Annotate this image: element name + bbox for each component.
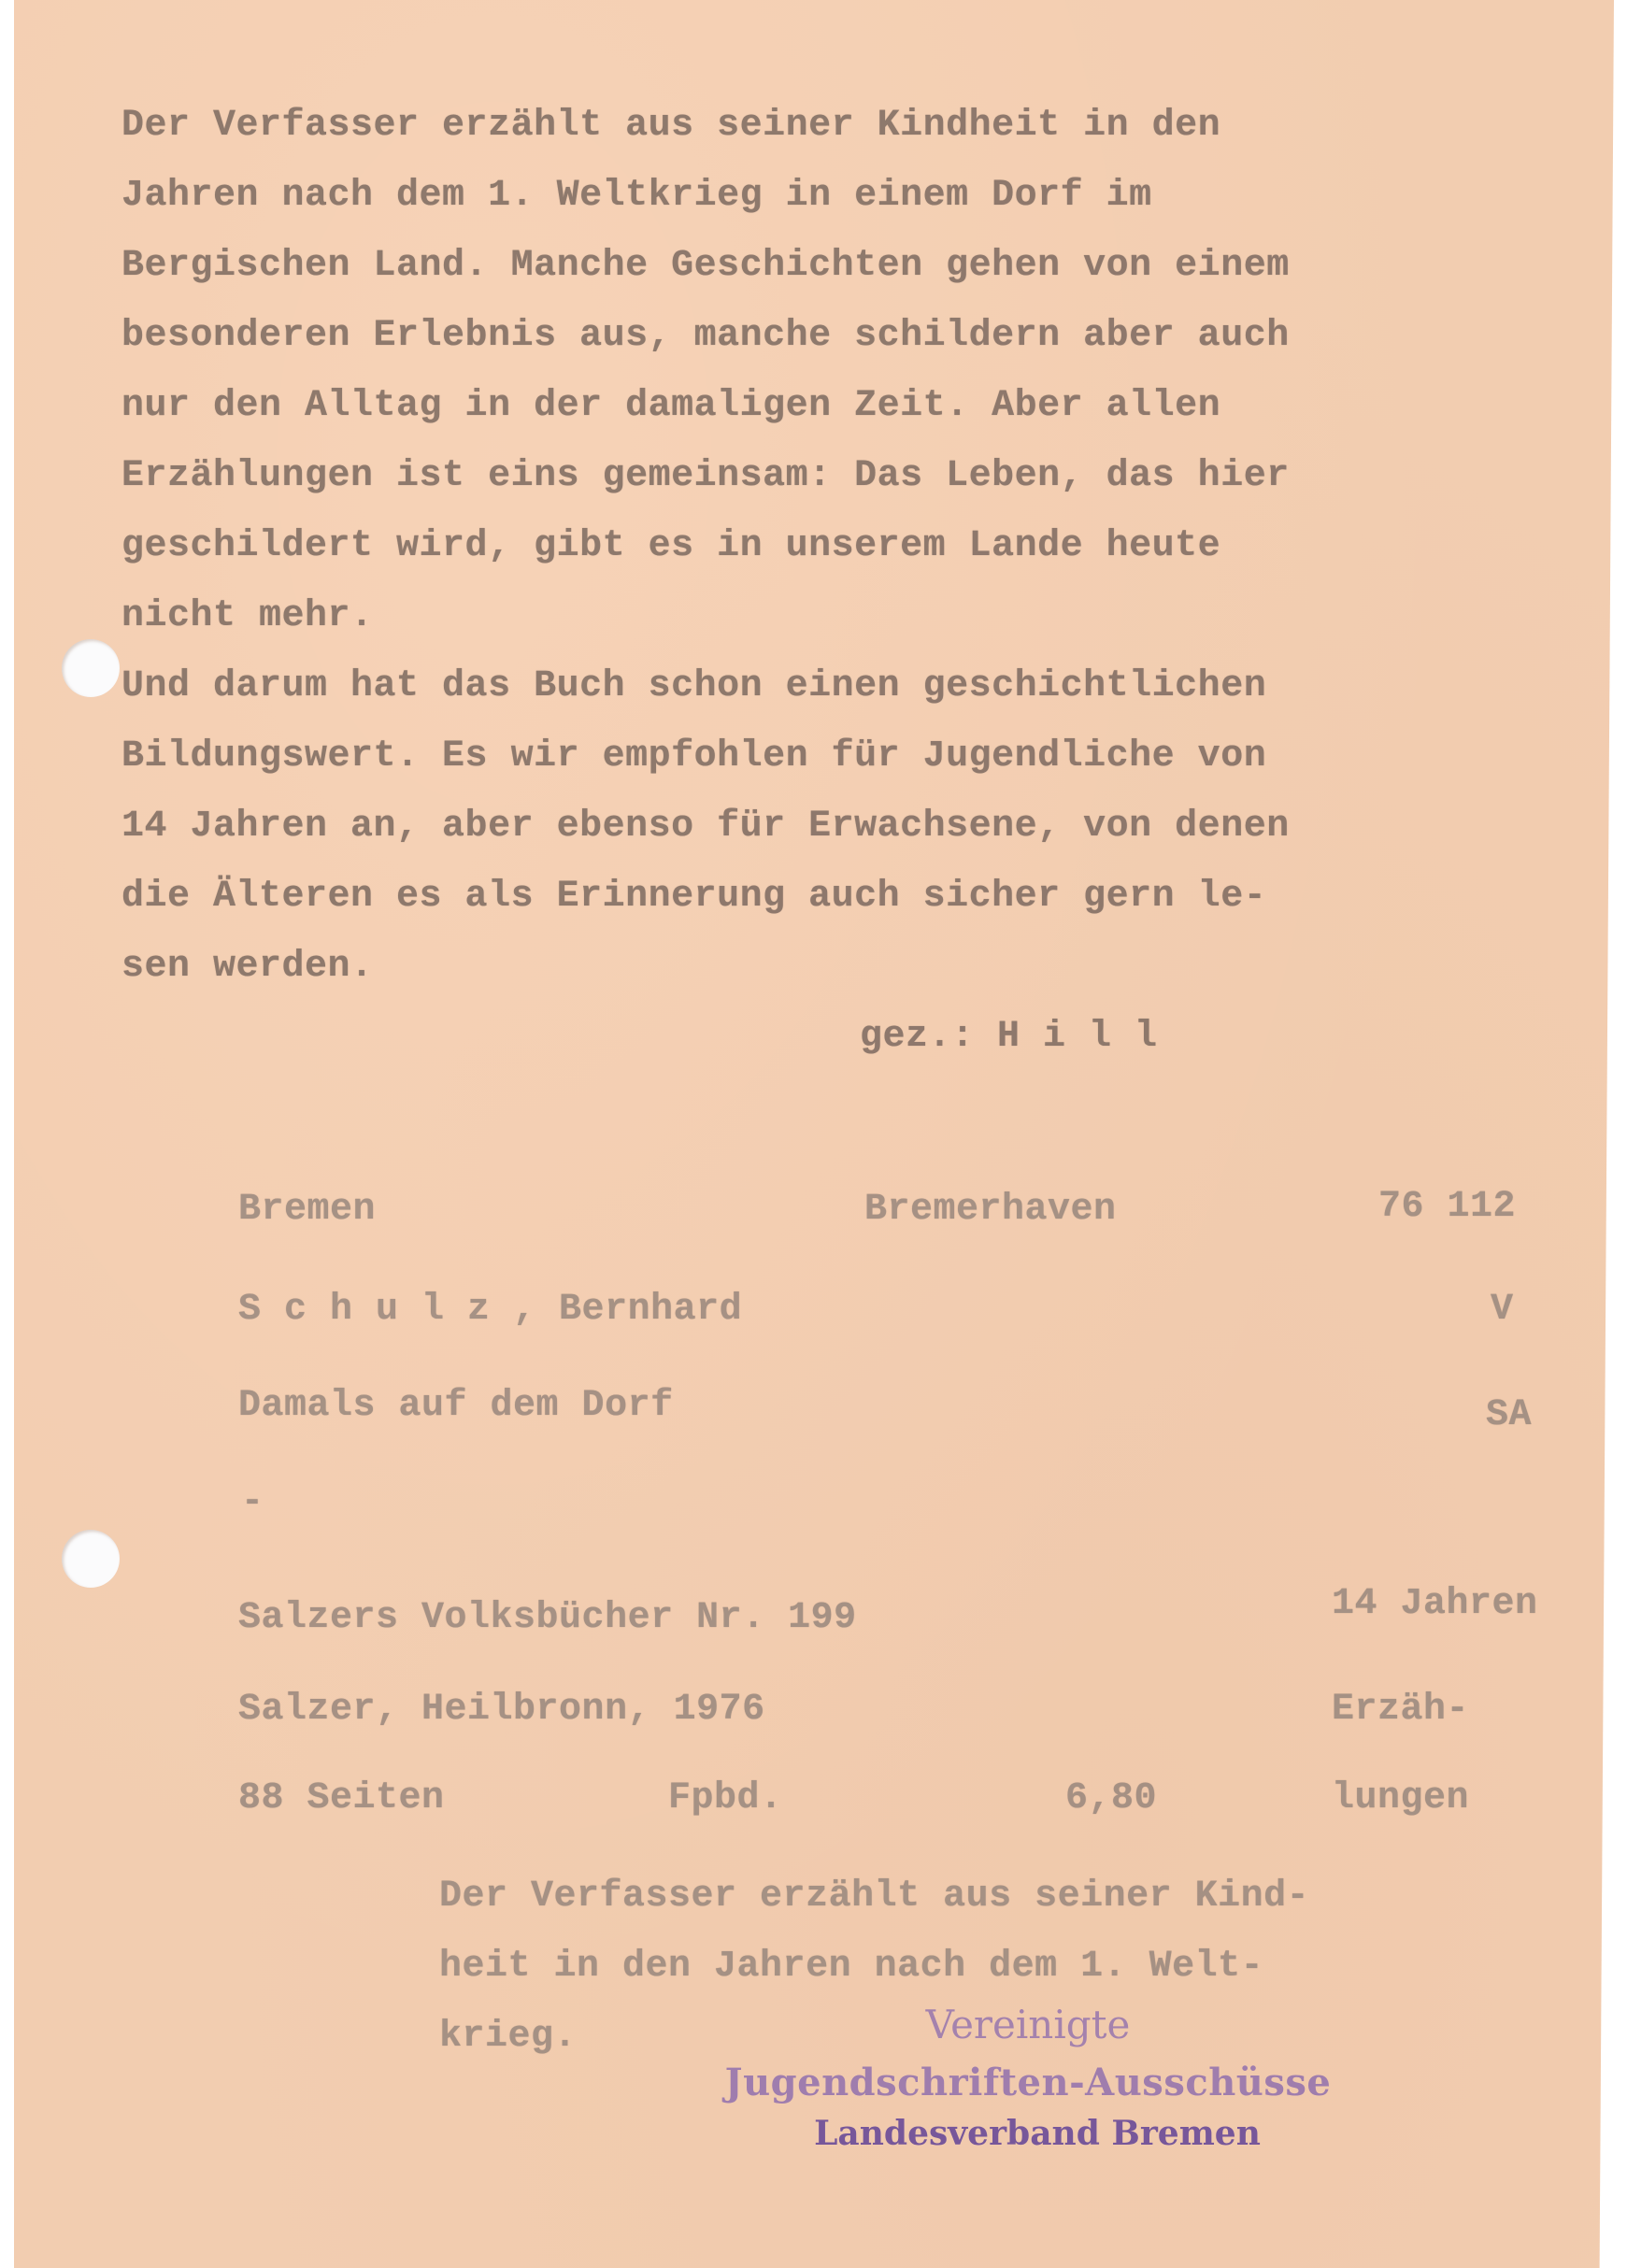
review-line: Und darum hat das Buch schon einen gesch… xyxy=(121,668,1266,706)
catalog-price: 6,80 xyxy=(1065,1780,1157,1818)
signature: gez.: H i l l xyxy=(860,1019,1158,1056)
catalog-binding: Fpbd. xyxy=(668,1780,783,1818)
review-line: sen werden. xyxy=(121,949,374,986)
review-line: die Älteren es als Erinnerung auch siche… xyxy=(121,878,1266,916)
catalog-genre-line1: Erzäh- xyxy=(1332,1691,1469,1729)
review-line: Jahren nach dem 1. Weltkrieg in einem Do… xyxy=(121,178,1152,215)
catalog-publisher: Salzer, Heilbronn, 1976 xyxy=(238,1691,765,1729)
catalog-dash: - xyxy=(241,1484,264,1521)
catalog-title: Damals auf dem Dorf xyxy=(238,1388,674,1425)
punch-hole-top xyxy=(62,639,120,697)
catalog-annotation-line: krieg. xyxy=(439,2018,577,2056)
review-line: Der Verfasser erzählt aus seiner Kindhei… xyxy=(121,107,1220,145)
catalog-genre-line2: lungen xyxy=(1332,1780,1469,1818)
stamp-line-1: Vereinigte xyxy=(841,2002,1215,2047)
review-line: 14 Jahren an, aber ebenso für Erwachsene… xyxy=(121,808,1290,846)
catalog-author-code: V xyxy=(1491,1291,1514,1329)
catalog-series: Salzers Volksbücher Nr. 199 xyxy=(238,1600,857,1637)
review-line: geschildert wird, gibt es in unserem Lan… xyxy=(121,528,1220,565)
catalog-library: Bremerhaven xyxy=(864,1191,1117,1229)
review-line: nicht mehr. xyxy=(121,598,374,635)
catalog-author: S c h u l z , Bernhard xyxy=(238,1291,742,1329)
review-line: besonderen Erlebnis aus, manche schilder… xyxy=(121,318,1290,355)
catalog-pages: 88 Seiten xyxy=(238,1780,445,1818)
review-line: nur den Alltag in der damaligen Zeit. Ab… xyxy=(121,388,1220,425)
review-line: Bildungswert. Es wir empfohlen für Jugen… xyxy=(121,738,1266,776)
stamp-line-2: Jugendschriften-Ausschüsse xyxy=(654,2061,1402,2104)
stamp-line-3: Landesverband Bremen xyxy=(710,2114,1364,2153)
catalog-age: 14 Jahren xyxy=(1332,1586,1538,1623)
punch-hole-bottom xyxy=(62,1530,120,1588)
catalog-location: Bremen xyxy=(238,1191,376,1229)
catalog-annotation-line: Der Verfasser erzählt aus seiner Kind- xyxy=(439,1878,1309,1916)
catalog-category: SA xyxy=(1486,1397,1532,1434)
review-line: Bergischen Land. Manche Geschichten gehe… xyxy=(121,248,1290,285)
catalog-number: 76 112 xyxy=(1378,1189,1516,1226)
review-line: Erzählungen ist eins gemeinsam: Das Lebe… xyxy=(121,458,1290,495)
catalog-annotation-line: heit in den Jahren nach dem 1. Welt- xyxy=(439,1948,1263,1986)
